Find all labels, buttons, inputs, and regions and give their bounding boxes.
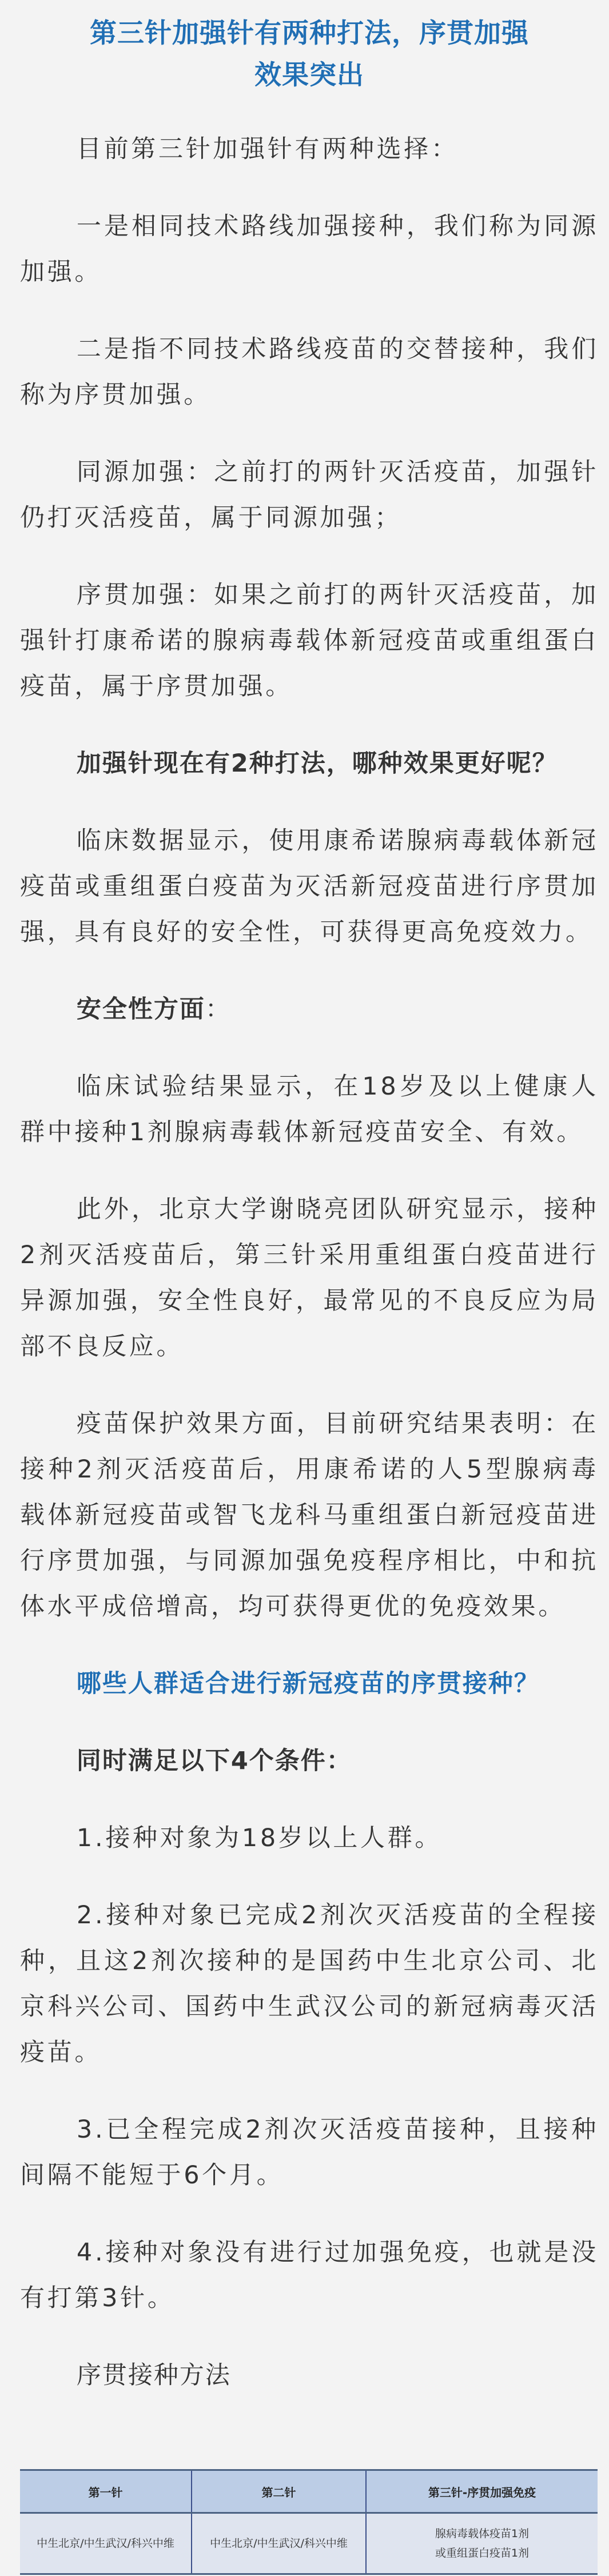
condition-4: 4.接种对象没有进行过加强免疫，也就是没有打第3针。 [20,2230,599,2321]
cell-dose-1: 中生北京/中生武汉/科兴中维 [20,2513,192,2574]
paragraph-protection-effect: 疫苗保护效果方面，目前研究结果表明：在接种2剂灭活疫苗后，用康希诺的人5型腺病毒… [20,1401,599,1630]
article: 第三针加强针有两种打法，序贯加强 效果突出 目前第三针加强针有两种选择： 一是相… [20,0,599,2398]
heading-safety: 安全性方面： [20,987,599,1032]
heading-safety-text: 安全性方面 [77,995,205,1024]
paragraph-pku-study: 此外，北京大学谢晓亮团队研究显示，接种2剂灭活疫苗后，第三针采用重组蛋白疫苗进行… [20,1187,599,1369]
paragraph-sequential-detail: 序贯加强：如果之前打的两针灭活疫苗，加强针打康希诺的腺病毒载体新冠疫苗或重组蛋白… [20,572,599,709]
paragraph-homologous-detail: 同源加强：之前打的两针灭活疫苗，加强针仍打灭活疫苗，属于同源加强； [20,449,599,541]
header-dose-1: 第一针 [20,2470,192,2513]
cell-dose-3-line-1: 腺病毒载体疫苗1剂 [367,2524,597,2543]
sequential-method-table-wrap: 第一针 第二针 第三针-序贯加强免疫 中生北京/中生武汉/科兴中维 中生北京/中… [20,2469,598,2575]
paragraph-homologous-definition: 一是相同技术路线加强接种，我们称为同源加强。 [20,203,599,295]
sequential-method-table: 第一针 第二针 第三针-序贯加强免疫 中生北京/中生武汉/科兴中维 中生北京/中… [20,2469,598,2575]
condition-2: 2.接种对象已完成2剂次灭活疫苗的全程接种，且这2剂次接种的是国药中生北京公司、… [20,1892,599,2075]
article-title: 第三针加强针有两种打法，序贯加强 效果突出 [20,0,599,96]
heading-method: 序贯接种方法 [20,2353,599,2398]
paragraph-intro: 目前第三针加强针有两种选择： [20,126,599,172]
table-header-row: 第一针 第二针 第三针-序贯加强免疫 [20,2470,598,2513]
condition-1: 1.接种对象为18岁以上人群。 [20,1815,599,1861]
paragraph-trial-results: 临床试验结果显示，在18岁及以上健康人群中接种1剂腺病毒载体新冠疫苗安全、有效。 [20,1064,599,1155]
article-title-line-2: 效果突出 [20,54,599,96]
table-row: 中生北京/中生武汉/科兴中维 中生北京/中生武汉/科兴中维 腺病毒载体疫苗1剂 … [20,2513,598,2574]
cell-dose-3: 腺病毒载体疫苗1剂 或重组蛋白疫苗1剂 [366,2513,598,2574]
heading-which-better: 加强针现在有2种打法，哪种效果更好呢？ [20,741,599,786]
heading-eligible-groups: 哪些人群适合进行新冠疫苗的序贯接种？ [20,1661,599,1707]
cell-dose-2: 中生北京/中生武汉/科兴中维 [192,2513,366,2574]
paragraph-clinical-data: 临床数据显示，使用康希诺腺病毒载体新冠疫苗或重组蛋白疫苗为灭活新冠疫苗进行序贯加… [20,818,599,955]
cell-dose-3-line-2: 或重组蛋白疫苗1剂 [367,2543,597,2563]
heading-safety-colon: ： [205,995,231,1024]
header-dose-2: 第二针 [192,2470,366,2513]
article-title-line-1: 第三针加强针有两种打法，序贯加强 [20,13,599,54]
paragraph-sequential-definition: 二是指不同技术路线疫苗的交替接种，我们称为序贯加强。 [20,326,599,418]
heading-four-conditions: 同时满足以下4个条件： [20,1738,599,1784]
condition-3: 3.已全程完成2剂次灭活疫苗接种，且接种间隔不能短于6个月。 [20,2107,599,2198]
header-dose-3: 第三针-序贯加强免疫 [366,2470,598,2513]
